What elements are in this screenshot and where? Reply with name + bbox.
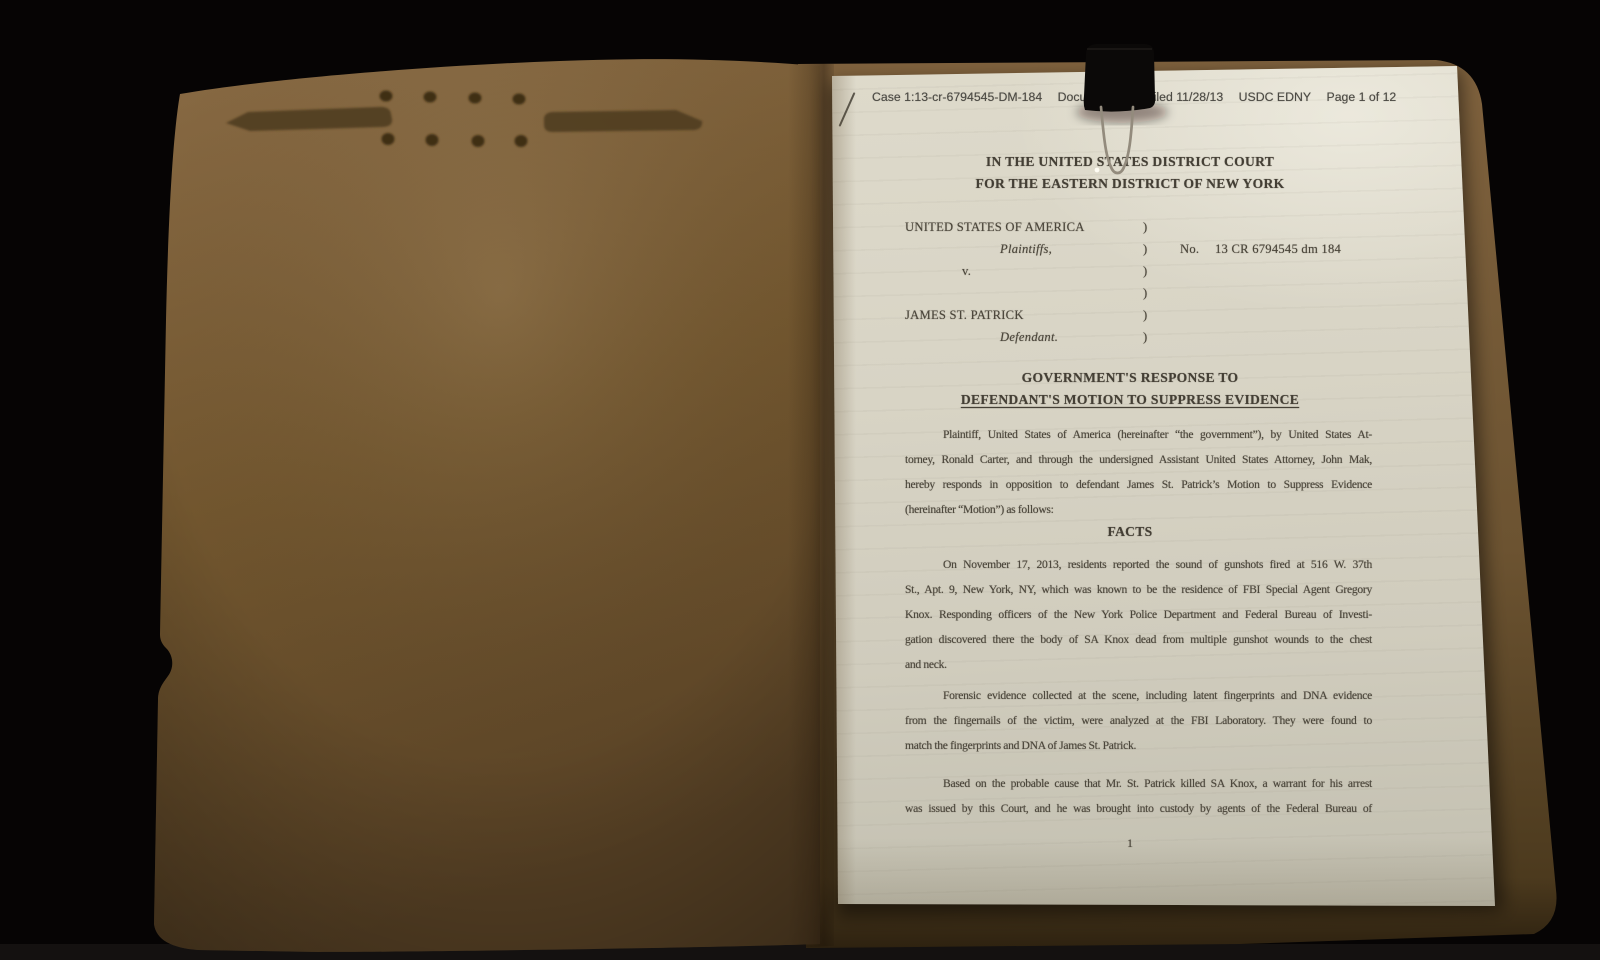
binder-clip [0, 0, 1600, 960]
binder-clip-body [1084, 44, 1155, 112]
binder-clip-glint [1095, 168, 1100, 173]
photo-scene: Case 1:13-cr-6794545-DM-184 Document 18 … [0, 0, 1600, 960]
